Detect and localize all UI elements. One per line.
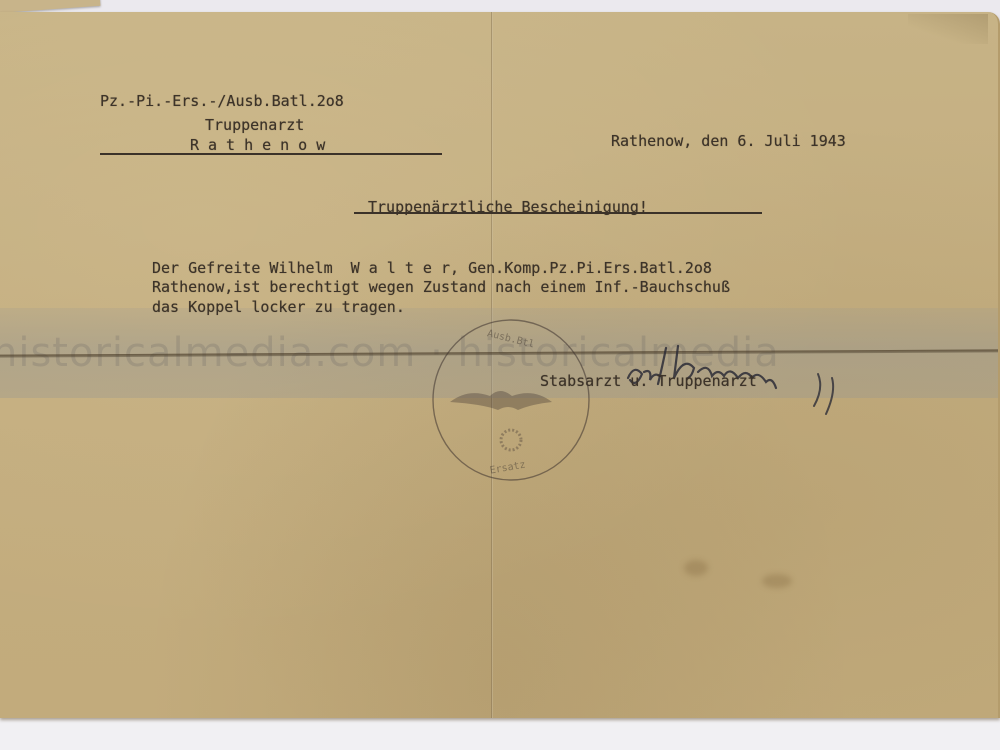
body-line: Der Gefreite Wilhelm W a l t e r, Gen.Ko… — [152, 259, 712, 277]
eagle-seal-stamp-icon: Ausb.Btl Ersatz — [428, 316, 594, 484]
letterhead-city: Rathenow — [190, 136, 334, 154]
title-underline — [354, 212, 762, 214]
place-date: Rathenow, den 6. Juli 1943 — [611, 132, 846, 150]
paper-stain — [762, 574, 792, 588]
body-line: Rathenow,ist berechtigt wegen Zustand na… — [152, 278, 730, 296]
photo-scene: historicalmedia.com · historicalmedia Pz… — [0, 0, 1000, 750]
svg-text:Ersatz: Ersatz — [489, 459, 526, 476]
body-line: das Koppel locker zu tragen. — [152, 298, 405, 316]
svg-text:Ausb.Btl: Ausb.Btl — [486, 328, 535, 350]
letterhead-underline — [100, 153, 442, 155]
paper-corner-crease — [908, 14, 988, 44]
certificate-paper: historicalmedia.com · historicalmedia Pz… — [0, 12, 1000, 718]
letterhead-office: Truppenarzt — [205, 116, 304, 134]
signatory-title: Stabsarzt u. Truppenarzt — [540, 372, 757, 390]
paper-stain — [684, 560, 708, 576]
letterhead-unit: Pz.-Pi.-Ers.-/Ausb.Batl.2o8 — [100, 92, 344, 110]
